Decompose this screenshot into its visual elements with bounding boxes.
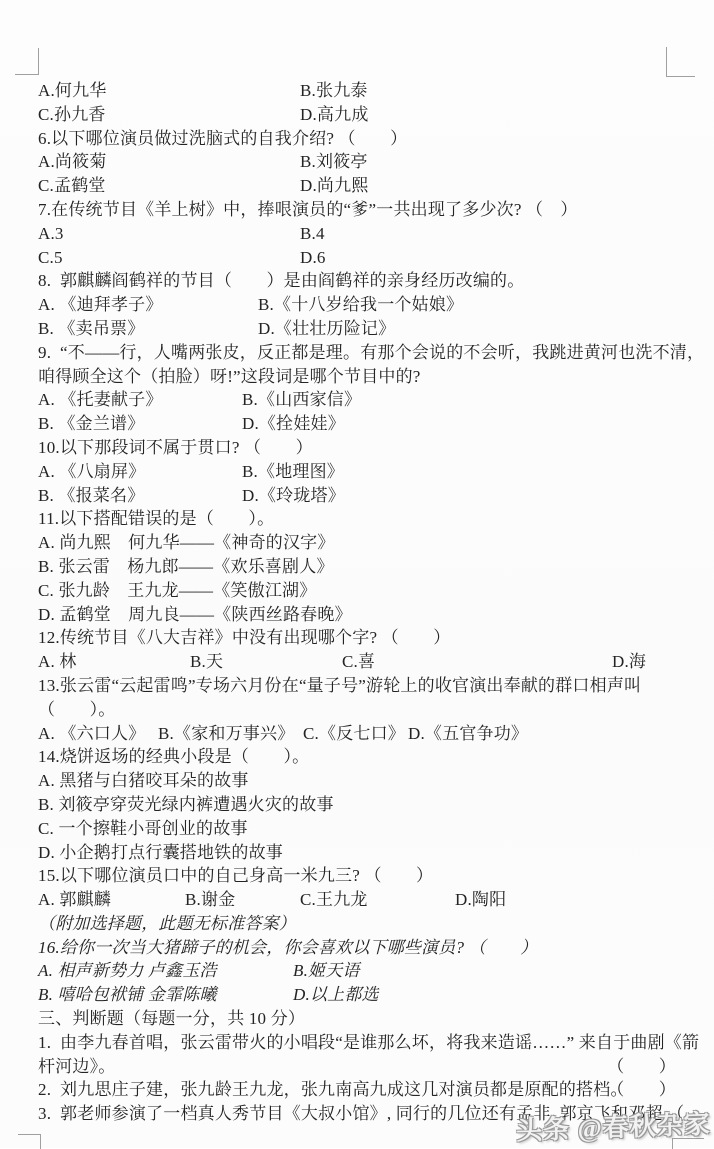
text-segment: C.王九龙 <box>300 888 455 912</box>
text-segment: C.喜 <box>342 650 612 674</box>
text-segment: D.陶阳 <box>455 888 506 912</box>
text-line: 7.在传统节目《羊上树》中，捧哏演员的“爹”一共出现了多少次? （ ） <box>38 198 682 222</box>
page-corner-mark-bottom-left <box>18 1134 41 1148</box>
text-segment: B.刘筱亭 <box>300 150 368 174</box>
text-segment: 咱得顾全这个（拍脸）呀!”这段词是哪个节目中的? <box>38 365 421 389</box>
text-line: A. 《六口人》B.《家和万事兴》C.《反七口》D.《五官争功》 <box>38 722 682 746</box>
text-segment: 14.烧饼返场的经典小段是（ ）。 <box>38 745 309 769</box>
text-segment: D.《五官争功》 <box>408 722 528 746</box>
text-line: 15.以下哪位演员口中的自己身高一米九三? （ ） <box>38 864 682 888</box>
text-line: A.何九华B.张九泰 <box>38 79 682 103</box>
text-segment: B.张九泰 <box>300 79 368 103</box>
text-segment: B.《山西家信》 <box>242 388 361 412</box>
text-line: A. 《托妻献子》B.《山西家信》 <box>38 388 682 412</box>
text-segment: A. 林 <box>38 650 190 674</box>
text-segment: D.《玲珑塔》 <box>242 484 345 508</box>
text-segment: B. 《金兰谱》 <box>38 412 242 436</box>
text-line: D. 孟鹤堂 周九良——《陕西丝路春晚》 <box>38 603 682 627</box>
text-segment: A.何九华 <box>38 79 300 103</box>
text-line: B. 嘻哈包袱铺 金霏陈曦D.以上都选 <box>38 983 682 1007</box>
text-segment: C.5 <box>38 246 300 270</box>
text-segment: 7.在传统节目《羊上树》中，捧哏演员的“爹”一共出现了多少次? （ ） <box>38 198 578 222</box>
text-line: B. 《报菜名》D.《玲珑塔》 <box>38 484 682 508</box>
text-segment: 9. “不——行，人嘴两张皮，反正都是理。有那个会说的不会听，我跳进黄河也洗不清… <box>38 341 704 365</box>
text-segment: （附加选择题，此题无标准答案） <box>38 912 296 936</box>
text-line: 2. 刘九思庄子建，张九龄王九龙，张九南高九成这几对演员都是原配的搭档。（ ） <box>38 1078 682 1102</box>
answer-blank: （ ） <box>607 1055 676 1079</box>
text-segment: 三、判断题（每题一分，共 10 分） <box>38 1007 305 1031</box>
text-line: A.尚筱菊B.刘筱亭 <box>38 150 682 174</box>
text-segment: A.3 <box>38 222 300 246</box>
text-segment: 6.以下哪位演员做过洗脑式的自我介绍? （ ） <box>38 127 407 151</box>
text-segment: 杆河边》。 <box>38 1055 116 1079</box>
text-line: A. 黑猪与白猪咬耳朵的故事 <box>38 769 682 793</box>
text-segment: A. 《托妻献子》 <box>38 388 242 412</box>
text-segment: 16.给你一次当大猪蹄子的机会，你会喜欢以下哪些演员? （ ） <box>38 936 537 960</box>
text-segment: A. 黑猪与白猪咬耳朵的故事 <box>38 769 249 793</box>
text-segment: 13.张云雷“云起雷鸣”专场六月份在“量子号”游轮上的收官演出奉献的群口相声叫 <box>38 674 641 698</box>
text-line: 咱得顾全这个（拍脸）呀!”这段词是哪个节目中的? <box>38 365 682 389</box>
text-line: 杆河边》。（ ） <box>38 1055 682 1079</box>
text-segment: D. 孟鹤堂 周九良——《陕西丝路春晚》 <box>38 603 352 627</box>
text-line: 14.烧饼返场的经典小段是（ ）。 <box>38 745 682 769</box>
text-line: B. 《金兰谱》D.《拴娃娃》 <box>38 412 682 436</box>
text-line: （附加选择题，此题无标准答案） <box>38 912 682 936</box>
text-segment: A. 《六口人》 <box>38 722 158 746</box>
text-segment: 2. 刘九思庄子建，张九龄王九龙，张九南高九成这几对演员都是原配的搭档。 <box>38 1078 628 1102</box>
text-segment: 10.以下那段词不属于贯口? （ ） <box>38 436 313 460</box>
text-segment: 8. 郭麒麟阎鹤祥的节目（ ）是由阎鹤祥的亲身经历改编的。 <box>38 269 524 293</box>
text-line: A.3B.4 <box>38 222 682 246</box>
document-lines: A.何九华B.张九泰C.孙九香D.高九成6.以下哪位演员做过洗脑式的自我介绍? … <box>38 79 682 1126</box>
text-segment: C. 张九龄 王九龙——《笑傲江湖》 <box>38 579 316 603</box>
text-segment: D.海 <box>612 650 646 674</box>
text-line: 10.以下那段词不属于贯口? （ ） <box>38 436 682 460</box>
text-line: 6.以下哪位演员做过洗脑式的自我介绍? （ ） <box>38 127 682 151</box>
text-line: A. 郭麒麟B.谢金C.王九龙D.陶阳 <box>38 888 682 912</box>
text-segment: D. 小企鹅打点行囊搭地铁的故事 <box>38 841 283 865</box>
text-line: B. 刘筱亭穿荧光绿内裤遭遇火灾的故事 <box>38 793 682 817</box>
text-line: 9. “不——行，人嘴两张皮，反正都是理。有那个会说的不会听，我跳进黄河也洗不清… <box>38 341 682 365</box>
text-segment: B. 嘻哈包袱铺 金霏陈曦 <box>38 983 293 1007</box>
text-segment: D.以上都选 <box>293 983 379 1007</box>
text-segment: B.谢金 <box>185 888 300 912</box>
text-line: C.孟鹤堂D.尚九熙 <box>38 174 682 198</box>
text-line: 8. 郭麒麟阎鹤祥的节目（ ）是由阎鹤祥的亲身经历改编的。 <box>38 269 682 293</box>
text-segment: C.孙九香 <box>38 103 300 127</box>
text-segment: C.孟鹤堂 <box>38 174 300 198</box>
text-line: C.孙九香D.高九成 <box>38 103 682 127</box>
text-segment: B. 《报菜名》 <box>38 484 242 508</box>
text-line: D. 小企鹅打点行囊搭地铁的故事 <box>38 841 682 865</box>
text-segment: A. 郭麒麟 <box>38 888 185 912</box>
text-line: B. 《卖吊票》D.《壮壮历险记》 <box>38 317 682 341</box>
text-line: A. 《八扇屏》B.《地理图》 <box>38 460 682 484</box>
text-segment: （ ）。 <box>38 698 116 722</box>
text-segment: A. 《迪拜孝子》 <box>38 293 258 317</box>
text-segment: 1. 由李九春首唱，张云雷带火的小唱段“是谁那么坏，将我来造谣……” 来自于曲剧… <box>38 1031 699 1055</box>
text-line: C. 张九龄 王九龙——《笑傲江湖》 <box>38 579 682 603</box>
text-segment: B.天 <box>190 650 342 674</box>
text-line: A. 林B.天C.喜D.海 <box>38 650 682 674</box>
text-line: B. 张云雷 杨九郎——《欢乐喜剧人》 <box>38 555 682 579</box>
text-segment: B. 张云雷 杨九郎——《欢乐喜剧人》 <box>38 555 334 579</box>
text-line: A. 《迪拜孝子》B.《十八岁给我一个姑娘》 <box>38 293 682 317</box>
text-line: 12.传统节目《八大吉祥》中没有出现哪个字? （ ） <box>38 626 682 650</box>
page-corner-mark-top-left <box>15 48 39 75</box>
text-segment: B.姬天语 <box>293 959 360 983</box>
page-corner-mark-top-right <box>666 47 695 77</box>
text-segment: D.《壮壮历险记》 <box>258 317 395 341</box>
answer-blank: （ ） <box>607 1078 676 1102</box>
text-segment: B.《地理图》 <box>242 460 344 484</box>
text-segment: 15.以下哪位演员口中的自己身高一米九三? （ ） <box>38 864 433 888</box>
text-segment: A. 相声新势力 卢鑫玉浩 <box>38 959 293 983</box>
text-line: 1. 由李九春首唱，张云雷带火的小唱段“是谁那么坏，将我来造谣……” 来自于曲剧… <box>38 1031 682 1055</box>
text-line: C.5D.6 <box>38 246 682 270</box>
scanned-exam-page: A.何九华B.张九泰C.孙九香D.高九成6.以下哪位演员做过洗脑式的自我介绍? … <box>0 0 714 1148</box>
text-segment: 12.传统节目《八大吉祥》中没有出现哪个字? （ ） <box>38 626 450 650</box>
text-segment: B.4 <box>300 222 325 246</box>
text-segment: D.6 <box>300 246 326 270</box>
text-segment: D.高九成 <box>300 103 369 127</box>
text-segment: A. 《八扇屏》 <box>38 460 242 484</box>
text-line: C. 一个擦鞋小哥创业的故事 <box>38 817 682 841</box>
text-segment: A.尚筱菊 <box>38 150 300 174</box>
text-segment: B.《十八岁给我一个姑娘》 <box>258 293 463 317</box>
text-segment: C.《反七口》 <box>303 722 408 746</box>
text-segment: B. 刘筱亭穿荧光绿内裤遭遇火灾的故事 <box>38 793 334 817</box>
watermark: 头条 @春秋杂家 <box>516 1104 712 1148</box>
text-segment: A. 尚九熙 何九华——《神奇的汉字》 <box>38 531 335 555</box>
text-segment: C. 一个擦鞋小哥创业的故事 <box>38 817 248 841</box>
text-segment: D.《拴娃娃》 <box>242 412 345 436</box>
text-line: 16.给你一次当大猪蹄子的机会，你会喜欢以下哪些演员? （ ） <box>38 936 682 960</box>
text-line: 11.以下搭配错误的是（ ）。 <box>38 507 682 531</box>
text-line: （ ）。 <box>38 698 682 722</box>
text-segment: 11.以下搭配错误的是（ ）。 <box>38 507 274 531</box>
text-line: A. 尚九熙 何九华——《神奇的汉字》 <box>38 531 682 555</box>
text-segment: D.尚九熙 <box>300 174 369 198</box>
text-segment: B.《家和万事兴》 <box>158 722 303 746</box>
text-line: A. 相声新势力 卢鑫玉浩B.姬天语 <box>38 959 682 983</box>
text-segment: B. 《卖吊票》 <box>38 317 258 341</box>
text-line: 13.张云雷“云起雷鸣”专场六月份在“量子号”游轮上的收官演出奉献的群口相声叫 <box>38 674 682 698</box>
text-line: 三、判断题（每题一分，共 10 分） <box>38 1007 682 1031</box>
